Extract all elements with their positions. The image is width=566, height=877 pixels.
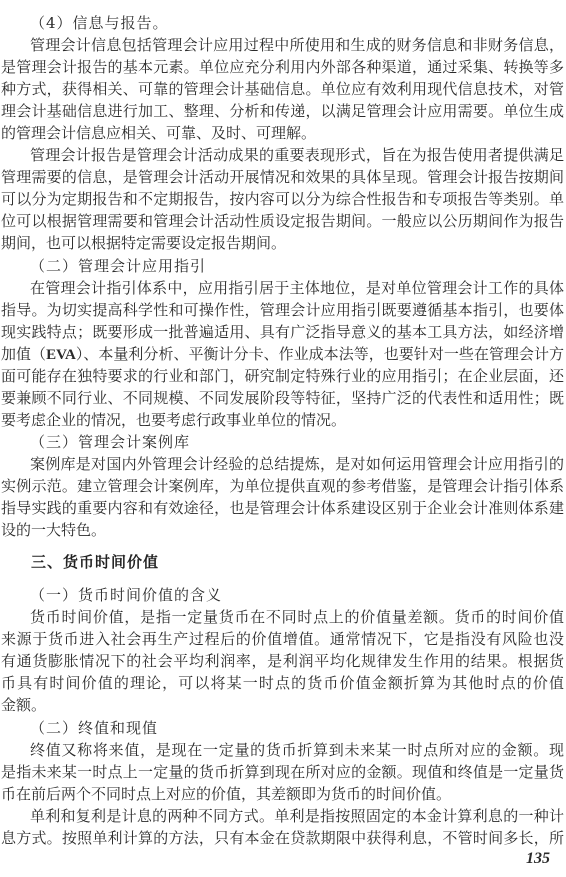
text-line: 设的一大特色。 [1, 519, 564, 541]
text-line: 现实践特点；既要形成一批普遍适用、具有广泛指导意义的基本工具方法，如经济增 [1, 321, 564, 343]
text-line: 是管理会计报告的基本元素。单位应充分利用内外部各种渠道，通过采集、转换等多 [1, 56, 564, 78]
text-line: 管理会计信息包括管理会计应用过程中所使用和生成的财务信息和非财务信息， [1, 34, 564, 56]
paragraph: 终值又称将来值，是现在一定量的货币折算到未来某一时点所对应的金额。现值， 是指未… [1, 739, 564, 805]
subsection-heading: （三）管理会计案例库 [1, 431, 564, 453]
text-line: 的管理会计信息应相关、可靠、及时、可理解。 [1, 122, 564, 144]
text-fragment: ）、本量利分析、平衡计分卡、作业成本法等，也要针对一些在管理会计方 [76, 345, 564, 363]
page-number: 135 [526, 850, 550, 868]
text-line: 指导。为切实提高科学性和可操作性，管理会计应用指引既要遵循基本指引，也要体 [1, 299, 564, 321]
text-line: 加值（EVA）、本量利分析、平衡计分卡、作业成本法等，也要针对一些在管理会计方 [1, 343, 564, 365]
subsection-heading: （二）终值和现值 [1, 717, 564, 739]
text-line: 币在前后两个不同时点上对应的价值，其差额即为货币的时间价值。 [1, 783, 564, 805]
text-line: 要考虑企业的情况，也要考虑行政事业单位的情况。 [1, 409, 564, 431]
text-line: 面可能存在独特要求的行业和部门，研究制定特殊行业的应用指引；在企业层面，还 [1, 365, 564, 387]
text-line: 期间，也可以根据特定需要设定报告期间。 [1, 232, 564, 254]
text-block-time-value-of-money: （一）货币时间价值的含义 货币时间价值，是指一定量货币在不同时点上的价值量差额。… [1, 584, 564, 849]
text-line: 息方式。按照单利计算的方法，只有本金在贷款期限中获得利息，不管时间多长，所 [1, 827, 564, 849]
text-line: 管理会计报告是管理会计活动成果的重要表现形式，旨在为报告使用者提供满足 [1, 144, 564, 166]
text-line: 币具有时间价值的理论，可以将某一时点的货币价值金额折算为其他时点的价值 [1, 672, 564, 694]
text-line: 来源于货币进入社会再生产过程后的价值增值。通常情况下，它是指没有风险也没 [1, 628, 564, 650]
paragraph: 管理会计报告是管理会计活动成果的重要表现形式，旨在为报告使用者提供满足 管理需要… [1, 144, 564, 254]
eva-abbreviation: EVA [46, 347, 76, 363]
text-line: 位可以根据管理需要和管理会计活动性质设定报告期间。一般应以公历期间作为报告 [1, 210, 564, 232]
text-line: 单利和复利是计息的两种不同方式。单利是指按照固定的本金计算利息的一种计 [1, 805, 564, 827]
subsection-heading: （4）信息与报告。 [1, 12, 564, 34]
text-line: 要兼顾不同行业、不同规模、不同发展阶段等特征，坚持广泛的代表性和适用性；既 [1, 387, 564, 409]
paragraph: 在管理会计指引体系中，应用指引居于主体地位，是对单位管理会计工作的具体 指导。为… [1, 277, 564, 431]
text-line: 种方式，获得相关、可靠的管理会计基础信息。单位应有效利用现代信息技术，对管 [1, 78, 564, 100]
text-block-management-accounting: （4）信息与报告。 管理会计信息包括管理会计应用过程中所使用和生成的财务信息和非… [1, 12, 564, 541]
text-line: 实例示范。建立管理会计案例库，为单位提供直观的参考借鉴，是管理会计指引体系 [1, 475, 564, 497]
section-title: 三、货币时间价值 [31, 551, 159, 573]
paragraph: 单利和复利是计息的两种不同方式。单利是指按照固定的本金计算利息的一种计 息方式。… [1, 805, 564, 849]
text-line: 可以分为定期报告和不定期报告，按内容可以分为综合性报告和专项报告等类别。单 [1, 188, 564, 210]
text-line: 案例库是对国内外管理会计经验的总结提炼，是对如何运用管理会计应用指引的 [1, 453, 564, 475]
text-line: 货币时间价值，是指一定量货币在不同时点上的价值量差额。货币的时间价值 [1, 606, 564, 628]
text-line: 终值又称将来值，是现在一定量的货币折算到未来某一时点所对应的金额。现值， [1, 739, 564, 761]
text-line: 是指未来某一时点上一定量的货币折算到现在所对应的金额。现值和终值是一定量货 [1, 761, 564, 783]
subsection-heading: （二）管理会计应用指引 [1, 255, 564, 277]
text-line: 指导实践的重要内容和有效途径，也是管理会计体系建设区别于企业会计准则体系建 [1, 497, 564, 519]
paragraph: 货币时间价值，是指一定量货币在不同时点上的价值量差额。货币的时间价值 来源于货币… [1, 606, 564, 716]
text-fragment: 加值（ [1, 345, 46, 363]
paragraph: 案例库是对国内外管理会计经验的总结提炼，是对如何运用管理会计应用指引的 实例示范… [1, 453, 564, 541]
text-line: 金额。 [1, 694, 564, 716]
text-line: 理会计基础信息进行加工、整理、分析和传递，以满足管理会计应用需要。单位生成 [1, 100, 564, 122]
subsection-heading: （一）货币时间价值的含义 [1, 584, 564, 606]
paragraph: 管理会计信息包括管理会计应用过程中所使用和生成的财务信息和非财务信息， 是管理会… [1, 34, 564, 144]
text-line: 在管理会计指引体系中，应用指引居于主体地位，是对单位管理会计工作的具体 [1, 277, 564, 299]
text-line: 有通货膨胀情况下的社会平均利润率，是利润平均化规律发生作用的结果。根据货 [1, 650, 564, 672]
text-line: 管理需要的信息，是管理会计活动开展情况和效果的具体呈现。管理会计报告按期间 [1, 166, 564, 188]
